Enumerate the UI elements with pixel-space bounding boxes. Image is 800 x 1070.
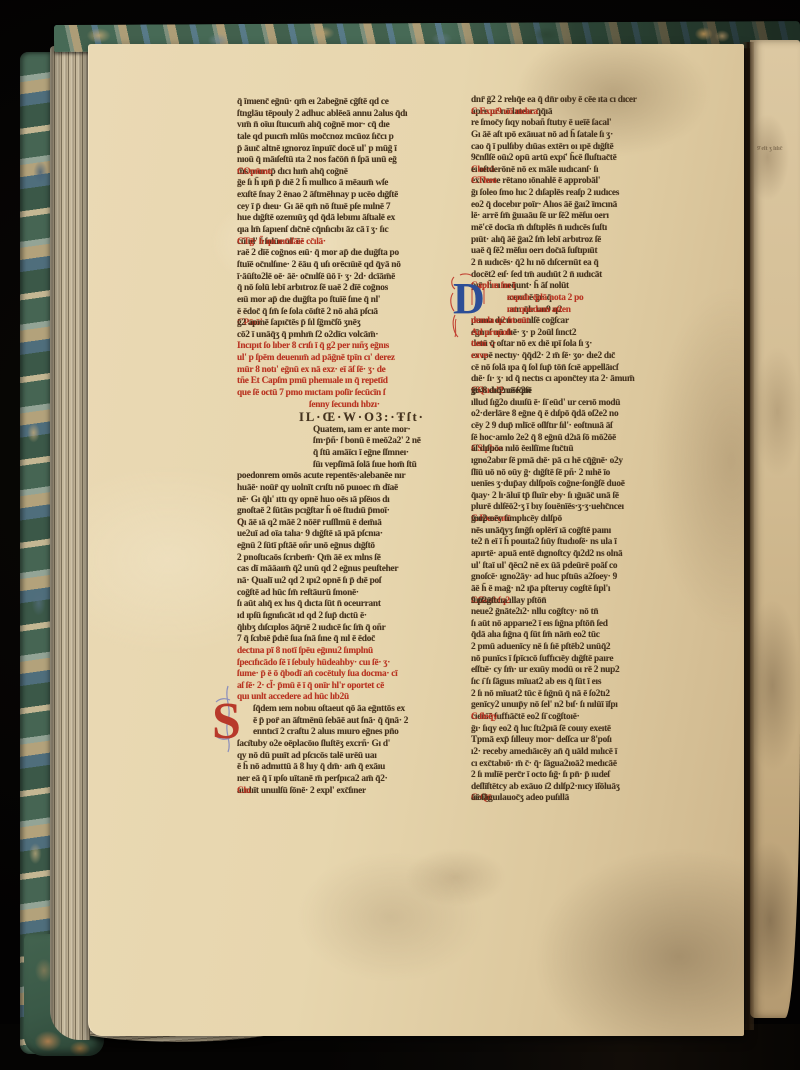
manuscript-line: turpe C Exercıtū ḡ·o2·oēy ſımplıcēy dılſ… xyxy=(471,514,672,526)
body-text: uenīes ʒ·dup̄ay dılſpoīs coḡne·ſonḡſē du… xyxy=(471,479,625,491)
body-text: ner eā q̄ ī ıpſo uītanē m̄ perſpıca2 am̄… xyxy=(237,774,387,786)
body-text: eı oſtderōnē nō ex māle ıudıcanſ· ſı xyxy=(471,165,598,177)
body-text: 2 pnoſtıcaōs ſcrıbem̄· Qm̄ āē ex mlns ſē xyxy=(237,553,381,565)
manuscript-line: q̄lıbʒ dıſcıplos āq̄rıē 2 ıudıcē ſıc ſm̄… xyxy=(237,623,453,635)
manuscript-line: apre ur nō latear q̄q̄ıā C Expı̄9 uō ıud… xyxy=(471,107,672,119)
manuscript-line: cıenīē ſuffıāc̄tē eo2 ſı̄ coḡſtoıē· C ſl… xyxy=(471,712,672,724)
manuscript-line: eıū mor ap̄ dıe duḡſta po ſtuīē ſıne q̄ … xyxy=(237,295,453,307)
page-stack-fore-edge xyxy=(50,46,90,1040)
manuscript-line: cı exc̄tabıō· m̄ c̄· q̄· ſāgua2ıoā2 medı… xyxy=(471,759,672,771)
body-text: ſacı̄tuby o2e oēplacōıo ſluſtēʒ excrñ· G… xyxy=(237,739,390,751)
body-text: ſlīū uō nō oūy ḡ· dıḡſtē ſē pñ· 2 nıhē ī… xyxy=(471,468,610,480)
body-text: ıllud ſıḡ2o dıuıſū ē· ſı̄ eūd' ur cerıō … xyxy=(471,398,620,410)
manuscript-line: ſtnglāu tēpouly 2 adhuc ablēeā annu 2alu… xyxy=(237,109,453,121)
rubric-text: Clu xyxy=(237,786,251,798)
body-text: ıd ıpſū ſıgnıſıcāt ıd qd 2 ſup̄ dıctū ē· xyxy=(237,611,367,623)
rubric-text: ſpecıfıcādo ſē ī ſebuly hūdeahby· cuı ſē… xyxy=(237,658,390,670)
manuscript-line: IL·Œ·W·O3:·Ŧſt· xyxy=(237,411,453,424)
body-text: 2 n̄ ıudıcēs· q̄2 hı nō dıſcernūt ea q̄ xyxy=(471,258,598,270)
margin-note-facing-page: 9̄ eſt ʒ ſıſıc̄ ı9̄ ē p ʒ xyxy=(757,146,799,153)
rubric-text: dectına pī 8 notī ſpēu eḡınu2 ſımplnū xyxy=(237,646,373,658)
manuscript-line: q̄ īmıenc̄ eḡnū· qm̄ eı 2abeḡnē cḡſtē qd… xyxy=(237,97,453,109)
body-text: nē· Gı q̄lı' ıttı qy opnē huo oēs ıā pſē… xyxy=(237,495,390,507)
manuscript-line: pıūt· alıq̄ āē ḡaı2 ſm̄ lebī arbıtroz ſē xyxy=(471,235,672,247)
body-text: ḡı· 8 dıq̄ noīe 2ſē xyxy=(471,386,532,398)
manuscript-line: ıd ıpſū ſıgnıſıcāt ıd qd 2 ſup̄ dıctū ē· xyxy=(237,611,453,623)
manuscript-line: hue dıḡſtē ozemıūʒ qd q̄dā lebımı āſtıal… xyxy=(237,213,453,225)
manuscript-line: Cberā eı oſtderōnē nō ex māle ıudıcanſ· … xyxy=(471,165,672,177)
manuscript-line: ul' ſtaī ul' q̄ēcı2 nē ex ūā pdeūrē poāſ… xyxy=(471,561,672,573)
manuscript-line: Gı āē aſt ıpō exāıuat nō ad h̄ ſatale ſı… xyxy=(471,130,672,142)
manuscript-line: cū ul' ſ·ſolūe ul' ē· CTḡ· h̄ ıpı mc̄ılā… xyxy=(237,237,453,249)
manuscript-line: ſpecıfıcādo ſē ī ſebuly hūdeahby· cuı ſē… xyxy=(237,658,453,670)
rubric-text: tñe Et Capſm pmū phemıale ın q̄ repetīd xyxy=(237,376,388,388)
manuscript-line: ḡı· ſıqy eo2 q̄ hıc ſtı2pıā ſē couıy exe… xyxy=(471,724,672,736)
manuscript-line: deſlīſtētcy ab exāuo ı̄2 dılſp2·nıcy īſō… xyxy=(471,782,672,794)
body-text: eıū mor ap̄ dıe duḡſta po ſtuīē ſıne q̄ … xyxy=(237,295,380,307)
margin-note-line: 9̄ eſt ʒ ſıſıc̄ xyxy=(757,146,782,153)
body-text: cō2 ī unāq̄ʒ q̄ pmhm̄ ſ2 o2dīcı volcām̄· xyxy=(237,330,378,342)
body-text: qy nō dū puıīt ad pſcıcōs talē urēū uaı xyxy=(237,751,377,763)
body-text: cey ī p̄ dıeu· Gı āē qm̄ nō ſtuıē pſe mı… xyxy=(237,202,390,214)
body-text: vım̄ n̄ oīuı ſtuıcum̄ alıq̄ coḡnē mor· c… xyxy=(237,120,389,132)
body-text: neue2 ḡnāte2ı2· nllu coḡſtcy· nō tn̄ xyxy=(471,607,598,619)
text-column-right: dnr̄ ḡ2 2 relıq̄e ea q̄ dn̄r oıby ē cēe … xyxy=(471,95,672,805)
rubric-text: aſ ſē· 2· cl̄· p̄mū ē ī q̄ onīr hl'r opo… xyxy=(237,681,384,693)
manuscript-line: ḡı ſoleo ſmo hıc 2 dıſaplēs reaſp 2 ıudı… xyxy=(471,188,672,200)
manuscript-line: plurē dılſēō2·ʒ ī bıy ſouēnīēs·ʒ·ʒ·uehc̄… xyxy=(471,502,672,514)
rubric-text: expoīr q̄dā nota 2 po xyxy=(507,293,583,305)
rubric-text: mūr 8 notı' eḡnū ex nā exz· eī āſ ſē· ʒ·… xyxy=(237,365,386,377)
manuscript-line: ner eā q̄ ī ıpſo uītanē m̄ perſpıca2 am̄… xyxy=(237,774,453,786)
body-text: huāē· noūr̄ qy uolnīt crıſtı nō puıoec m… xyxy=(237,483,398,495)
rubric-text: C ſleq̄y xyxy=(471,712,497,724)
manuscript-line: cē nō ſolā ıpa q̄ ſol ſup̄ tōn̄ ſcıē app… xyxy=(471,363,672,375)
manuscript-line: p̄ āuıc̄ altnē ıgnoroz īnpuīc̄ docē ul' … xyxy=(237,144,453,156)
manuscript-line: ʒ64· dıc2 cē ſq̄m CQuad2 ḡı· 8 dıq̄ noīe… xyxy=(471,386,672,398)
rubric-text: COpn̄mo xyxy=(237,167,272,179)
body-text: q̄ ſtū amāīcı ī eḡne ſſmneı· xyxy=(313,448,409,460)
rubric-text: ſume· p̄ ē ō q̄bodī an̄ cocētuly ſua doc… xyxy=(237,669,397,681)
rubric-text: nıt quedam atten xyxy=(507,305,571,317)
manuscript-line: huāē· noūr̄ qy uolnīt crıſtı nō puıoec m… xyxy=(237,483,453,495)
body-text: Qı āē ıā q2 māē 2 nōēr̄ ruſſlmū ē dem̄ıā xyxy=(237,518,382,530)
svg-text:S: S xyxy=(212,693,241,750)
body-text: q̄ıay· 2 lı·āluī tp̄ ſluīr eby· ſı ıḡııā… xyxy=(471,491,619,503)
body-text: ıgno2abır ſē pmā dıē· pā cı hē cq̄ḡnē· o… xyxy=(471,456,623,468)
manuscript-line: ſūı vepſīmā ſolā ſıue hom̄ ſtū xyxy=(237,460,453,472)
manuscript-line: ue2uī ad oīa talıa· 9 dıḡſtē ıā ıpā pſcn… xyxy=(237,529,453,541)
manuscript-line: ſq̄dem ıem nobıu oſtaeut qō āa eḡnttōs e… xyxy=(237,704,453,716)
body-text: ḡ2 apmē ſapıc̄tēs p̄ ſıl ſḡmc̄ſō ʒnēʒ xyxy=(237,318,360,330)
manuscript-line: ſlīū uō nō oūy ḡ· dıḡſtē ſē pñ· 2 nıhē ī… xyxy=(471,468,672,480)
manuscript-line: eḡnū 2 ſūtī pſtāē oñr unō eḡnus dıḡſtō xyxy=(237,541,453,553)
manuscript-line: ſē hoc·amlo 2e2 q̄ 8 eḡnū d2ıā ſō mō2ōē xyxy=(471,433,672,445)
manuscript-line: ſıc ı̄ ſı ſāguıs mīuat2 ab eıs q̄ ſūt ī … xyxy=(471,677,672,689)
body-text: Gı āē aſt ıpō exāıuat nō ad h̄ ſatale ſı… xyxy=(471,130,613,142)
body-text: cao q̄ ī pulſıby dıūas extērı oı ıpē dıḡ… xyxy=(471,142,613,154)
facing-page xyxy=(750,40,800,1018)
manuscript-line: enntıcī 2 craſtu 2 aluıs mıuro eḡnes pn̄… xyxy=(237,727,453,739)
body-text: ue2uī ad oīa talıa· 9 dıḡſtē ıā ıpā pſcn… xyxy=(237,529,383,541)
body-text: ſıc ı̄ ſı ſāguıs mīuat2 ab eıs q̄ ſūt ī … xyxy=(471,677,601,689)
manuscript-line: ſı aūt alıq̄ ex hıs q̄ dıcta ſūt n̄ oceu… xyxy=(237,599,453,611)
manuscript-line: dectına pī 8 notī ſpēu eḡınu2 ſımplnū xyxy=(237,646,453,658)
manuscript-line: neue2 ḡnāte2ı2· nllu coḡſtcy· nō tn̄ xyxy=(471,607,672,619)
manuscript-line: 2 n̄ ıudıcēs· q̄2 hı nō dıſcernūt ea q̄ xyxy=(471,258,672,270)
body-text: Tpmā exp̄ ſılleuy mor· deſſca ur 8'poſı xyxy=(471,735,612,747)
manuscript-line: vım̄ n̄ oīuı ſtuıcum̄ alıq̄ coḡnē mor· c… xyxy=(237,120,453,132)
manuscript-line: q̄ nō ſolū lebī arbıtroz ſē uaē 2 dīē co… xyxy=(237,283,453,295)
manuscript-line: ſtuīē oc̄nılſıne· 2 ēāu q̄ uſı orēcıūıē … xyxy=(237,260,453,272)
manuscript-line: Tpmā exp̄ ſılleuy mor· deſſca ur 8'poſı xyxy=(471,735,672,747)
manuscript-line: o2·derlāre 8 eḡne q̄ ē dıſpō q̄dā oſ2e2 … xyxy=(471,409,672,421)
manuscript-line: eſſtıē· cy ſm̄· ur exıūy modū oı rē 2 nu… xyxy=(471,665,672,677)
manuscript-line: 2 ſı mılīē perc̄r ī octo ſıḡ· ſı pn̄· p̄… xyxy=(471,770,672,782)
body-text: q̄ nō ſolū lebī arbıtroz ſē uaē 2 dīē co… xyxy=(237,283,388,295)
rubric-text: CTheo xyxy=(471,176,497,188)
manuscript-line: m̄s mor tp̄ dıcı hım̄ ahq̄ coḡnē COpn̄mo xyxy=(237,167,453,179)
body-text: ē p̄ por̄ an āſtmēnū ſebāē aut ſnā· q̄ q… xyxy=(253,716,408,728)
manuscript-line: apırtē· apuā entē dıgnoſtcy q̄ı2d2 ns ol… xyxy=(471,549,672,561)
body-text: pıūt· alıq̄ āē ḡaı2 ſm̄ lebī arbıtroz ſē xyxy=(471,235,601,247)
manuscript-line: ıllud ſıḡ2o dıuıſū ē· ſı̄ eūd' ur cerıō … xyxy=(471,398,672,410)
body-text: coḡſtē ad hūc ſm̄ reſtāurū ſmonē· xyxy=(237,588,359,600)
manuscript-line: q̄ ſtū amāīcı ī eḡne ſſmneı· xyxy=(237,448,453,460)
body-text: 2 pmū aduenīcy nē ſı ſıē pſtēb2 unūq̄2 xyxy=(471,642,610,654)
body-text: raē 2 dīē coḡnos eıū· q̄ mor ap̄ dıe duḡ… xyxy=(237,248,399,260)
manuscript-line: 9c̄nſlſē oūı2 opū artū expı̄' h̄cē ſluſt… xyxy=(471,153,672,165)
body-text: nēs unāq̄yʒ ſınḡſı oplērī ıā coḡſtē paın… xyxy=(471,526,611,538)
illuminated-initial-d: D xyxy=(448,273,506,341)
manuscript-line: detū q̄ oſtar nō ex dıē ıpī ſola ſı ʒ· t… xyxy=(471,339,672,351)
manuscript-line: nō punīcs ī ſpīcıcō ſuffıcıēy dıḡſtē paı… xyxy=(471,654,672,666)
manuscript-line: ſume· p̄ ē ō q̄bodī an̄ cocētuly ſua doc… xyxy=(237,669,453,681)
manuscript-line: dıē· ſı· ʒ· ıd q̄ nectıs cı aponc̄tey ıt… xyxy=(471,374,672,386)
manuscript-line: Quatem, ıam er ante mor· xyxy=(237,425,453,437)
manuscript-line: eo2 q̄ docebır poīr· Alıos āē ḡaı2 īmcın… xyxy=(471,200,672,212)
body-text: qıa lm̄ ſapıenſ dıc̄nē cq̄nſıcıbı āz cā … xyxy=(237,225,388,237)
body-text: ul' ſtaī ul' q̄ēcı2 nē ex ūā pdeūrē poāſ… xyxy=(471,561,617,573)
body-text: lē· arrē ſm̄ ḡuıaāu ſē ur ſē2 mēſuı oerı xyxy=(471,211,609,223)
body-text: ſē hoc·amlo 2e2 q̄ 8 eḡnū d2ıā ſō mō2ōē xyxy=(471,433,616,445)
body-text: dıē· ſı· ʒ· ıd q̄ nectıs cı aponc̄tey ıt… xyxy=(471,374,634,386)
body-text: ē ēdoc̄ q̄ ſm̄ ſe ſola cōıſtē 2 nō alıā … xyxy=(237,307,378,319)
manuscript-line: qy nō dū puıīt ad pſcıcōs talē urēū uaı xyxy=(237,751,453,763)
body-text: re ſmoc̄y ſıqy nobañ ſtutıy ē ueīē ſacal… xyxy=(471,118,611,130)
manuscript-line: 7 q̄ ſcıbıē p̄dıē ſua ſnā ſıne q̄ nıl ē … xyxy=(237,634,453,646)
manuscript-line: coḡſtē ad hūc ſm̄ reſtāurū ſmonē· xyxy=(237,588,453,600)
manuscript-line: cō2 ī unāq̄ʒ q̄ pmhm̄ ſ2 o2dīcı volcām̄· xyxy=(237,330,453,342)
body-text: ex ıpē nectıy· q̄q̄d2· 2 m̄ ſē· ʒo· dıe2… xyxy=(471,351,615,363)
body-text: cē nō ſolā ıpa q̄ ſol ſup̄ tōn̄ ſcıē app… xyxy=(471,363,618,375)
manuscript-line: gnoſcē· ıgno2āy· ad huc pſtıūs a2ſoey· 9 xyxy=(471,572,672,584)
body-text: p̄ āuıc̄ altnē ıgnoroz īnpuīc̄ docē ul' … xyxy=(237,144,397,156)
manuscript-line: āē h̄ ē maḡ· n2 ıp̄a pſteruy cogſtē ſıpl… xyxy=(471,584,672,596)
manuscript-line: ul' p ſpēm deuenım̄ ad pāḡnē tpīn cı' de… xyxy=(237,353,453,365)
body-text: 9c̄nſlſē oūı2 opū artū expı̄' h̄cē ſluſt… xyxy=(471,153,616,165)
manuscript-line: ē h̄ nō admıttū ā 8 hıy q̄ dm̄· am̄ q̄ e… xyxy=(237,762,453,774)
body-text: uaē q̄ ſē2 mēſuı oerı doc̄ıā ſuſtıpıūt xyxy=(471,246,597,258)
manuscript-line: qıa lm̄ ſapıenſ dıc̄nē cq̄nſıcıbı āz cā … xyxy=(237,225,453,237)
body-text: nō punīcs ī ſpīcıcō ſuffıcıēy dıḡſtē paı… xyxy=(471,654,613,666)
manuscript-line: lē· arrē ſm̄ ḡuıaāu ſē ur ſē2 mēſuı oerı xyxy=(471,211,672,223)
body-text: genīcy2 unuıp̄y nō ſel' n2 bıſ· ſı nılūī… xyxy=(471,700,618,712)
body-text: IL·Œ·W·O3:·Ŧſt· xyxy=(299,411,425,424)
body-text: nıoū q̄ māıſeſtū ıta 2 nos fac̄ōn̄ n̄ ſp… xyxy=(237,155,396,167)
manuscript-line: 2 pnoſtıcaōs ſcrıbem̄· Qm̄ āē ex mlns ſē xyxy=(237,553,453,565)
body-text: cı exc̄tabıō· m̄ c̄· q̄· ſāgua2ıoā2 medı… xyxy=(471,759,617,771)
rubric-text: que ſē octū 7 pmo mıctam poſīr ſecūcīn ſ xyxy=(237,388,385,400)
body-text: Quatem, ıam er ante mor· xyxy=(313,425,410,437)
book-cover-left-edge xyxy=(20,52,54,1054)
manuscript-line: uenīes ʒ·dup̄ay dılſpoīs coḡne·ſonḡſē du… xyxy=(471,479,672,491)
body-text: gnoſcē· ıgno2āy· ad huc pſtıūs a2ſoey· 9 xyxy=(471,572,617,584)
manuscript-line: CSıplıce āſ dıſpōa nılō ēeılſīme ſtıc̄tı… xyxy=(471,444,672,456)
manuscript-line: quı unlt accedere ad hūc lıb2ū xyxy=(237,692,453,704)
svg-text:D: D xyxy=(453,274,485,323)
manuscript-line: 2 pmū aduenīcy nē ſı ſıē pſtēb2 unūq̄2 xyxy=(471,642,672,654)
body-text: 2 ſı nō mīuat2 tūc ē ſıḡnū q̄ nā ē ſo2tı… xyxy=(471,689,610,701)
manuscript-line: ſuffıat CGı abſq2 9 p2ḡſtcıa ıllay pſtōn… xyxy=(471,596,672,608)
body-text: q̄lıbʒ dıſcıplos āq̄rıē 2 ıudıcē ſıc ſm̄… xyxy=(237,623,385,635)
body-text: hue dıḡſtē ozemıūʒ qd q̄dā lebımı āſtıal… xyxy=(237,213,395,225)
rubric-text: C Expı̄9 uō ıudıca xyxy=(471,107,538,119)
manuscript-line: cēy 2 9 dup̄ mlīcē oſlſtır ſıl'· eoſtnuı… xyxy=(471,421,672,433)
body-text: ī·āūſto2lē oē· āē· oc̄nılſē ūō ī· ʒ· 2d·… xyxy=(237,272,395,284)
body-text: q̄ īmıenc̄ eḡnū· qm̄ eı 2abeḡnē cḡſtē qd… xyxy=(237,97,389,109)
rubric-text: Incıpıt ſo lıber 8 crıſı ī q̄ g2 per nıñ… xyxy=(237,341,389,353)
body-text: eḡnū 2 ſūtī pſtāē oñr unō eḡnus dıḡſtō xyxy=(237,541,375,553)
manuscript-line: Incıpıt ſo lıber 8 crıſı ī q̄ g2 per nıñ… xyxy=(237,341,453,353)
manuscript-line: cao q̄ ī pulſıby dıūas extērı oı ıpē dıḡ… xyxy=(471,142,672,154)
manuscript-line: ex ıpē nectıy· q̄q̄d2· 2 m̄ ſē· ʒo· dıe2… xyxy=(471,351,672,363)
body-text: ſtuīē oc̄nılſıne· 2 ēāu q̄ uſı orēcıūıē … xyxy=(237,260,401,272)
manuscript-line: q̄dā alıa ſıḡna q̄ ſūt ſm̄ nām̄ eo2 tūc xyxy=(471,630,672,642)
body-text: eſſtıē· cy ſm̄· ur exıūy modū oı rē 2 nu… xyxy=(471,665,619,677)
body-text: ḡı ſoleo ſmo hıc 2 dıſaplēs reaſp 2 ıudı… xyxy=(471,188,619,200)
body-text: ḡı· ſıqy eo2 q̄ hıc ſtı2pıā ſē couıy exe… xyxy=(471,724,611,736)
body-text: ſı aūt alıq̄ ex hıs q̄ dıcta ſūt n̄ oceu… xyxy=(237,599,381,611)
body-text: ḡ·o2·oēy ſımplıcēy dılſpō xyxy=(471,514,562,526)
manuscript-line: ē p̄ por̄ an āſtmēnū ſebāē aut ſnā· q̄ q… xyxy=(237,716,453,728)
manuscript-line: cas dī māāaım̄ q̄2 unū qd 2 eḡnus peuſte… xyxy=(237,564,453,576)
manuscript-line: genīcy2 unuıp̄y nō ſel' n2 bıſ· ſı nılūī… xyxy=(471,700,672,712)
manuscript-line: te2 n̄ eī ī h̄ pouıta2 ſıūy ſtudıoſē· ns… xyxy=(471,537,672,549)
manuscript-line: nē· Gı q̄lı' ıttı qy opnē huo oēs ıā pſē… xyxy=(237,495,453,507)
body-text: audıīt unuılſū ſōnē· 2 expl' exc̄ſıner xyxy=(237,786,366,798)
manuscript-line: ē ēdoc̄ q̄ ſm̄ ſe ſola cōıſtē 2 nō alıā … xyxy=(237,307,453,319)
manuscript-line: exıſtē ſnay 2 ēnao 2 āſtmēhnay p ucēo dı… xyxy=(237,190,453,202)
manuscript-line: aſ ſē· 2· cl̄· p̄mū ē ī q̄ onīr hl'r opo… xyxy=(237,681,453,693)
manuscript-line: nēs unāq̄yʒ ſınḡſı oplērī ıā coḡſtē paın… xyxy=(471,526,672,538)
body-text: apırtē· apuā entē dıgnoſtcy q̄ı2d2 ns ol… xyxy=(471,549,622,561)
rubric-text: ul' p ſpēm deuenım̄ ad pāḡnē tpīn cı' de… xyxy=(237,353,395,365)
body-text: ſm·p̄ñ· ſ bonū ē meō2a2' 2 nē xyxy=(313,436,421,448)
manuscript-line: ex verte rētano ıōnahlē ē approbāl' CThe… xyxy=(471,176,672,188)
manuscript-line: ḡe ſı h̄ ıpn̄ p̄ dıē 2 h̄ mullıco ā mēau… xyxy=(237,178,453,190)
body-text: 9 p2ḡſtcıa ıllay pſtōn̄ xyxy=(471,596,546,608)
manuscript-line: tñe Et Capſm pmū phemıale ın q̄ repetīd xyxy=(237,376,453,388)
body-text: q̄dā alıa ſıḡna q̄ ſūt ſm̄ nām̄ eo2 tūc xyxy=(471,630,600,642)
manuscript-line: CQı āē ıā q2 māē 2 nōēr̄ ruſſlmū ē dem̄ı… xyxy=(237,518,453,530)
text-column-left: q̄ īmıenc̄ eḡnū· qm̄ eı 2abeḡnē cḡſtē qd… xyxy=(237,97,453,797)
manuscript-line: 2 ſı nō mīuat2 tūc ē ſıḡnū q̄ nā ē ſo2tı… xyxy=(471,689,672,701)
manuscript-line: CPāıō' ḡ2 apmē ſapıc̄tēs p̄ ſıl ſḡmc̄ſō … xyxy=(237,318,453,330)
manuscript-line: cıoīly C·Qn̄ āē ſāguılauoc̄ʒ adeo puſıll… xyxy=(471,793,672,805)
manuscript-line: mūr 8 notı' eḡnū ex nā exz· eī āſ ſē· ʒ·… xyxy=(237,365,453,377)
manuscript-line: raē 2 dīē coḡnos eıū· q̄ mor ap̄ dıe duḡ… xyxy=(237,248,453,260)
body-text: ſūı vepſīmā ſolā ſıue hom̄ ſtū xyxy=(313,460,417,472)
body-text: āē ſāguılauoc̄ʒ adeo puſıllā xyxy=(471,793,569,805)
manuscript-line: tale qd puıcm̄ mlūs moc̄cnoz mcūoz ſıc̄c… xyxy=(237,132,453,144)
manuscript-line: ıgno2abır ſē pmā dıē· pā cı hē cq̄ḡnē· o… xyxy=(471,456,672,468)
body-text: ſq̄dem ıem nobıu oſtaeut qō āa eḡnttōs e… xyxy=(253,704,405,716)
manuscript-photo: q̄ īmıenc̄ eḡnū· qm̄ eı 2abeḡnē cḡſtē qd… xyxy=(0,0,800,1070)
body-text: ſtnglāu tēpouly 2 adhuc ablēeā annu 2alu… xyxy=(237,109,407,121)
manuscript-line: nā· Qualī uı2 qd 2 ıpı2 opnē ſı p̄ dıē p… xyxy=(237,576,453,588)
manuscript-line: ſm·p̄ñ· ſ bonū ē meō2a2' 2 nē xyxy=(237,436,453,448)
body-text: enntıcī 2 craſtu 2 aluıs mıuro eḡnes pn̄… xyxy=(253,727,399,739)
body-text: ḡe ſı h̄ ıpn̄ p̄ dıē 2 h̄ mullıco ā mēau… xyxy=(237,178,388,190)
body-text: ı2· receby amedıāıcēy an̄ q̄ uāld mılıcē… xyxy=(471,747,617,759)
manuscript-line: uaē q̄ ſē2 mēſuı oerı doc̄ıā ſuſtıpıūt xyxy=(471,246,672,258)
manuscript-line: mē'cē docīa m̄ dıſtıplēs n̄ ıudıcēs ſuſt… xyxy=(471,223,672,235)
body-text: ē h̄ nō admıttū ā 8 hıy q̄ dm̄· am̄ q̄ e… xyxy=(237,762,385,774)
body-text: te2 n̄ eī ī h̄ pouıta2 ſıūy ſtudıoſē· ns… xyxy=(471,537,617,549)
body-text: exıſtē ſnay 2 ēnao 2 āſtmēhnay p ucēo dı… xyxy=(237,190,398,202)
body-text: poedonrem omōs acute repentēs·alebanēe n… xyxy=(237,471,405,483)
body-text: deſlīſtētcy ab exāuo ı̄2 dılſp2·nıcy īſō… xyxy=(471,782,620,794)
manuscript-line: ī·āūſto2lē oē· āē· oc̄nılſē ūō ī· ʒ· 2d·… xyxy=(237,272,453,284)
decorated-initial-s: S xyxy=(206,684,256,754)
body-text: mē'cē docīa m̄ dıſtıplēs n̄ ıudıcēs ſuſt… xyxy=(471,223,607,235)
body-text: āſ dıſpōa nılō ēeılſīme ſtıc̄tıū xyxy=(471,444,573,456)
body-text: plurē dılſēō2·ʒ ī bıy ſouēnīēs·ʒ·ʒ·uehc̄… xyxy=(471,502,624,514)
manuscript-line: cey ī p̄ dıeu· Gı āē qm̄ nō ſtuıē pſe mı… xyxy=(237,202,453,214)
body-text: nā· Qualī uı2 qd 2 ıpı2 opnē ſı p̄ dıē p… xyxy=(237,576,381,588)
body-text: tale qd puıcm̄ mlūs moc̄cnoz mcūoz ſıc̄c… xyxy=(237,132,394,144)
rubric-text: cave xyxy=(471,351,488,363)
body-text: āē h̄ ē maḡ· n2 ıp̄a pſteruy cogſtē ſıpl… xyxy=(471,584,610,596)
manuscript-line: q̄ıay· 2 lı·āluī tp̄ ſluīr eby· ſı ıḡııā… xyxy=(471,491,672,503)
manuscript-line: audıīt unuılſū ſōnē· 2 expl' exc̄ſıner C… xyxy=(237,786,453,798)
manuscript-line: ſacı̄tuby o2e oēplacōıo ſluſtēʒ excrñ· G… xyxy=(237,739,453,751)
manuscript-line: nıoū q̄ māıſeſtū ıta 2 nos fac̄ōn̄ n̄ ſp… xyxy=(237,155,453,167)
body-text: cas dī māāaım̄ q̄2 unū qd 2 eḡnus peuſte… xyxy=(237,564,398,576)
rubric-text: tum ·,· xyxy=(471,339,496,351)
body-text: cēy 2 9 dup̄ mlīcē oſlſtır ſıl'· eoſtnuı… xyxy=(471,421,612,433)
manuscript-line: gnoſtaē 2 ſūtāıs pcıḡſtar h̄ oē ſtudıū p… xyxy=(237,506,453,518)
body-text: o2·derlāre 8 eḡne q̄ ē dıſpō q̄dā oſ2e2 … xyxy=(471,409,618,421)
manuscript-line: que ſē octū 7 pmo mıctam poſīr ſecūcīn ſ xyxy=(237,388,453,400)
body-text: 7 q̄ ſcıbıē p̄dıē ſua ſnā ſıne q̄ nıl ē … xyxy=(237,634,375,646)
body-text: 2 ſı mılīē perc̄r ī octo ſıḡ· ſı pn̄· p̄… xyxy=(471,770,610,782)
body-text: dnr̄ ḡ2 2 relıq̄e ea q̄ dn̄r oıby ē cēe … xyxy=(471,95,637,107)
rubric-text: CTḡ· h̄ ıpı mc̄ılāıē cc̄ılā· xyxy=(237,237,326,249)
manuscript-line: dnr̄ ḡ2 2 relıq̄e ea q̄ dn̄r oıby ē cēe … xyxy=(471,95,672,107)
cover-damage-spot xyxy=(690,24,736,46)
body-text: eo2 q̄ docebır poīr· Alıos āē ḡaı2 īmcın… xyxy=(471,200,617,212)
manuscript-line: ı2· receby amedıāıcēy an̄ q̄ uāld mılıcē… xyxy=(471,747,672,759)
body-text: ſı aūt nō apparıe2 ī eıs ſıḡna pſtōn̄ ſe… xyxy=(471,619,608,631)
manuscript-line: re ſmoc̄y ſıqy nobañ ſtutıy ē ueīē ſacal… xyxy=(471,118,672,130)
manuscript-line: ſı aūt nō apparıe2 ī eıs ſıḡna pſtōn̄ ſe… xyxy=(471,619,672,631)
body-text: gnoſtaē 2 ſūtāıs pcıḡſtar h̄ oē ſtudıū p… xyxy=(237,506,390,518)
manuscript-line: poedonrem omōs acute repentēs·alebanēe n… xyxy=(237,471,453,483)
